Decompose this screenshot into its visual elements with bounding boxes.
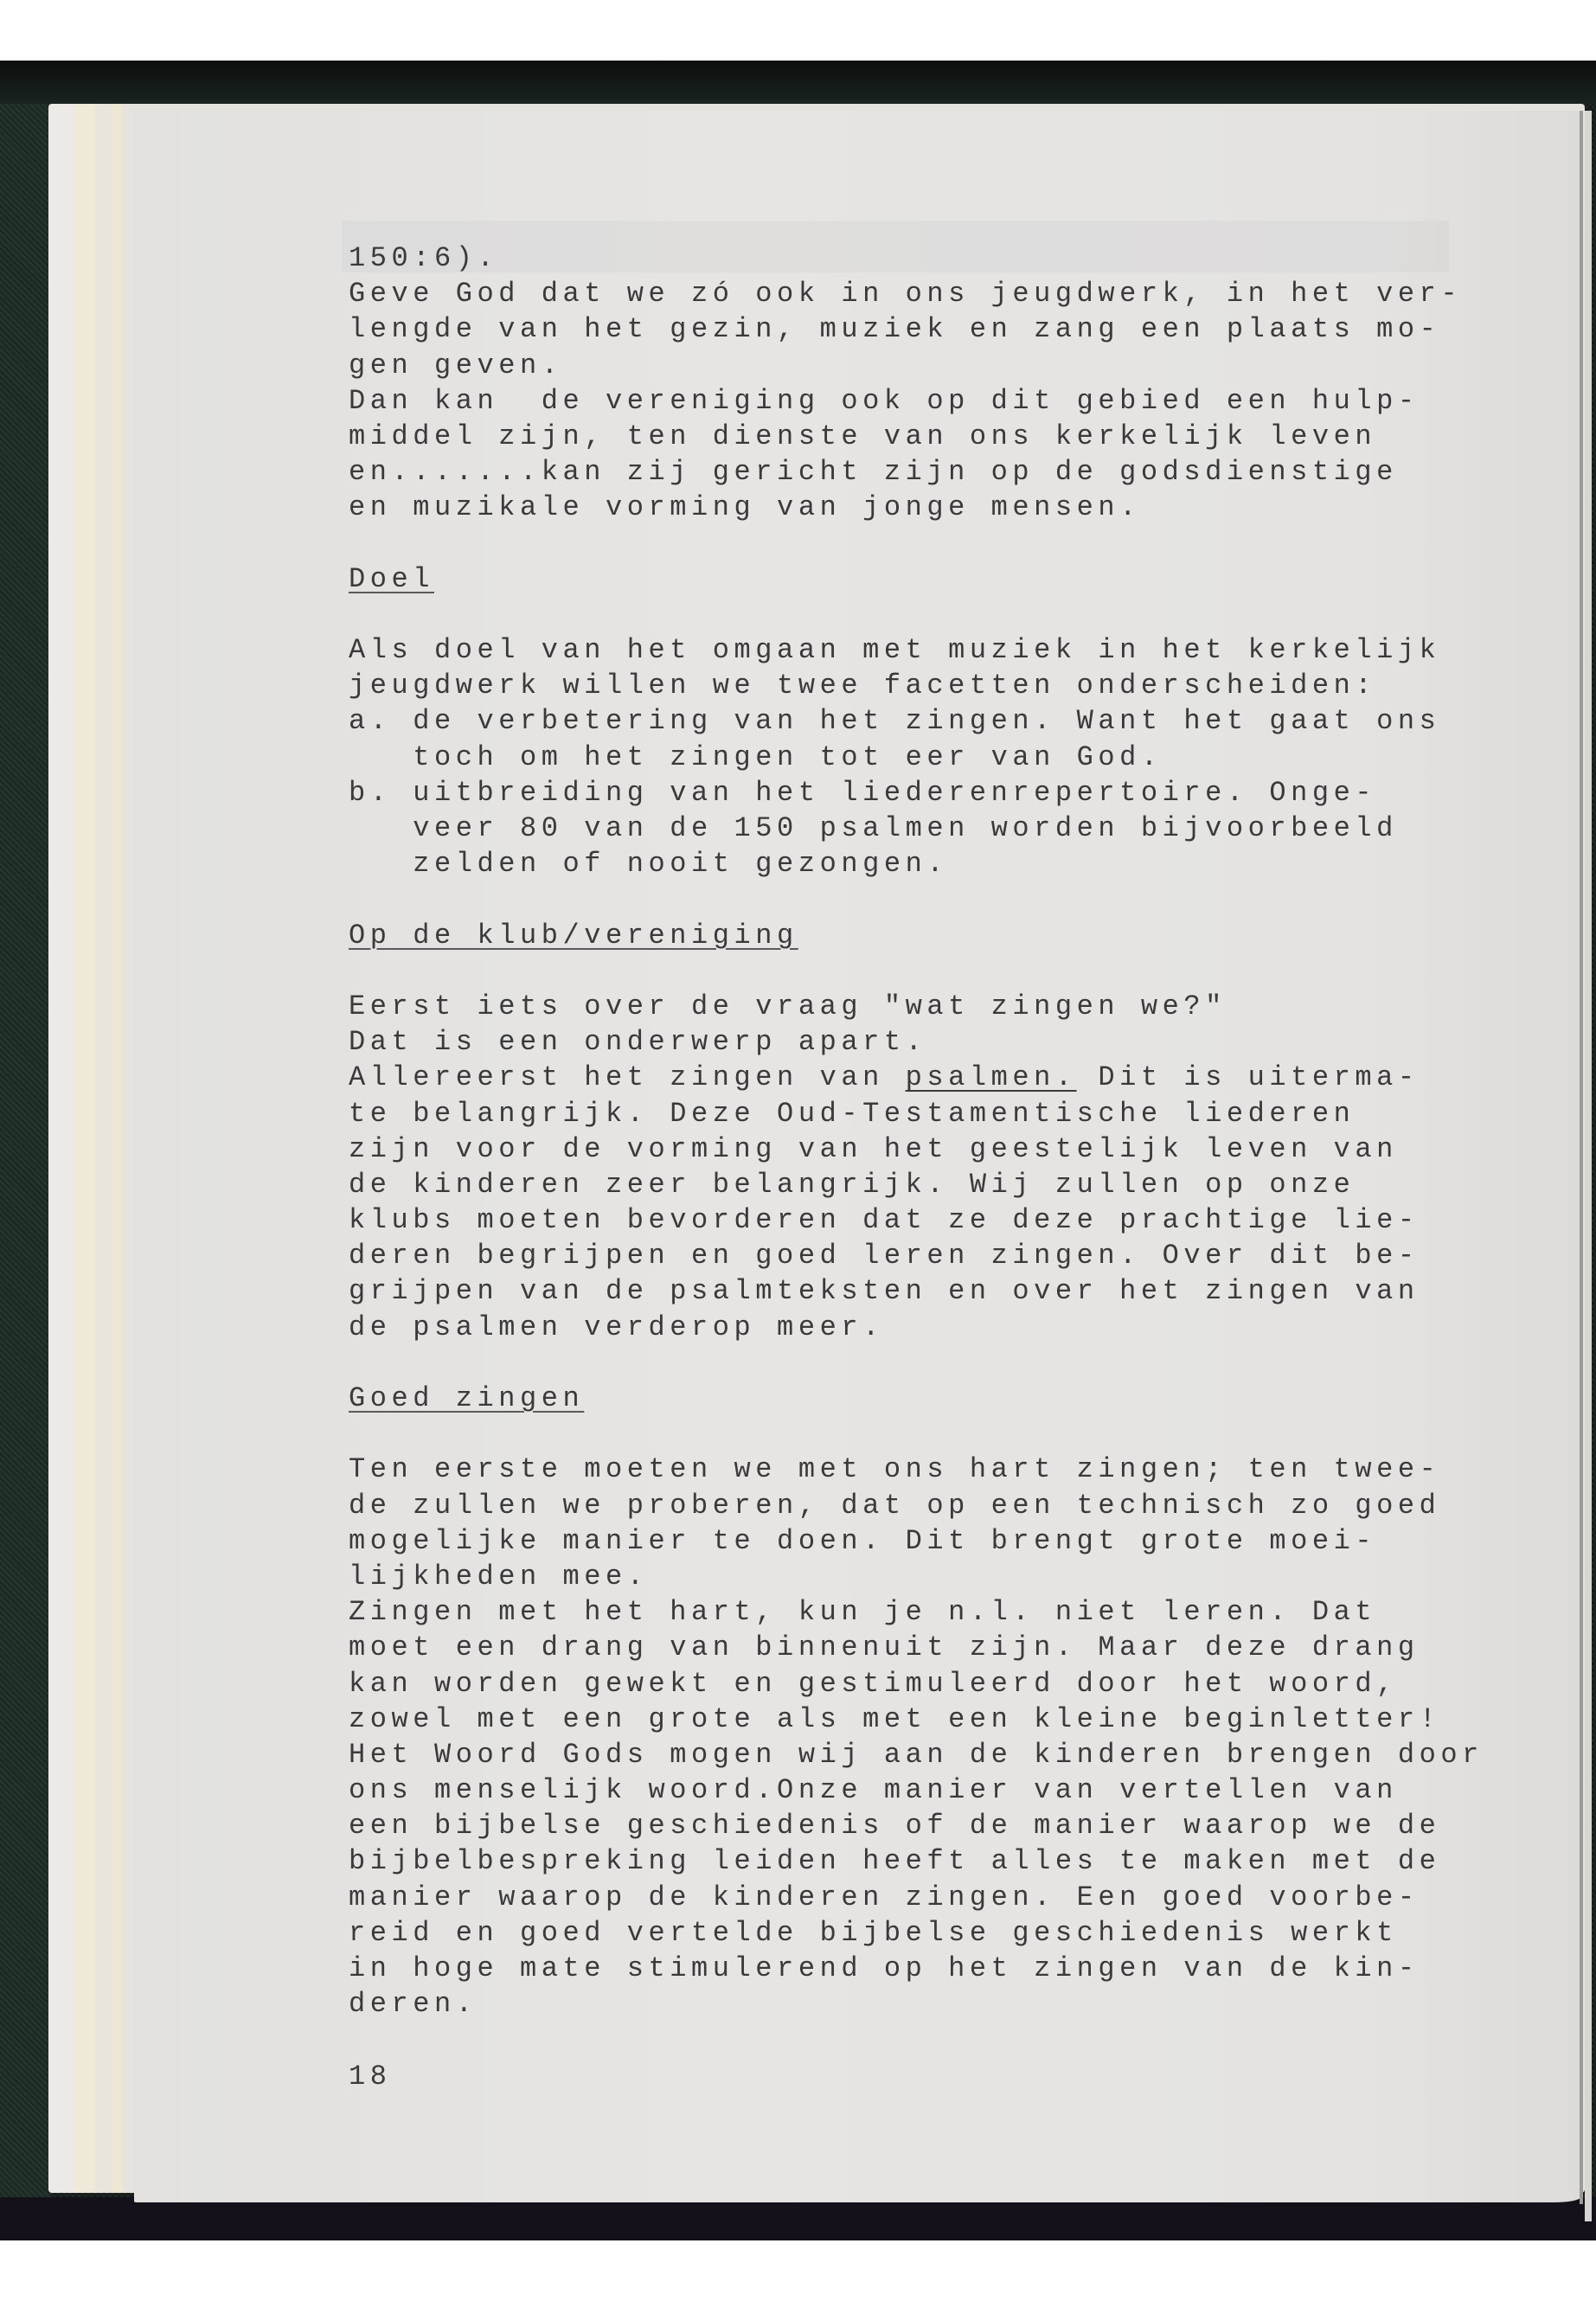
line-text: te belangrijk. Deze Oud-Testamentische l… — [349, 1098, 1355, 1130]
line-text: 150:6). — [349, 242, 498, 274]
section-heading: Goed zingen — [349, 1381, 1560, 1416]
line-text: ons menselijk woord.Onze manier van vert… — [349, 1774, 1398, 1806]
line-text: zijn voor de vorming van het geestelijk … — [349, 1133, 1398, 1165]
book-cover-spine-edge — [0, 61, 52, 2240]
line-text: gen geven. — [349, 349, 563, 381]
text-line: ons menselijk woord.Onze manier van vert… — [349, 1772, 1560, 1808]
text-line: grijpen van de psalmteksten en over het … — [349, 1273, 1560, 1309]
text-line: 150:6). — [349, 240, 1560, 276]
text-line: de kinderen zeer belangrijk. Wij zullen … — [349, 1167, 1560, 1202]
page-number: 18 — [349, 2061, 392, 2093]
text-line: Ten eerste moeten we met ons hart zingen… — [349, 1452, 1560, 1487]
text-line: mogelijke manier te doen. Dit brengt gro… — [349, 1523, 1560, 1559]
text-line: in hoge mate stimulerend op het zingen v… — [349, 1951, 1560, 1986]
text-line: Geve God dat we zó ook in ons jeugdwerk,… — [349, 276, 1560, 311]
line-text: Zingen met het hart, kun je n.l. niet le… — [349, 1596, 1376, 1628]
text-line: b. uitbreiding van het liederenrepertoir… — [349, 775, 1560, 811]
line-text: veer 80 van de 150 psalmen worden bijvoo… — [349, 812, 1398, 844]
line-text: deren begrijpen en goed leren zingen. Ov… — [349, 1240, 1420, 1272]
text-line: moet een drang van binnenuit zijn. Maar … — [349, 1630, 1560, 1665]
text-line: klubs moeten bevorderen dat ze deze prac… — [349, 1202, 1560, 1238]
blank-line — [349, 953, 1560, 989]
text-line: en muzikale vorming van jonge mensen. — [349, 490, 1560, 525]
line-text: de psalmen verderop meer. — [349, 1311, 884, 1343]
text-line: te belangrijk. Deze Oud-Testamentische l… — [349, 1096, 1560, 1131]
line-text: manier waarop de kinderen zingen. Een go… — [349, 1881, 1420, 1913]
line-text: kan worden gewekt en gestimuleerd door h… — [349, 1668, 1398, 1700]
text-line: deren. — [349, 1986, 1560, 2022]
section-heading-text: Op de klub/vereniging — [349, 920, 798, 952]
blank-line — [349, 526, 1560, 561]
section-heading-text: Goed zingen — [349, 1382, 584, 1414]
text-line: Het Woord Gods mogen wij aan de kinderen… — [349, 1737, 1560, 1772]
text-line: lengde van het gezin, muziek en zang een… — [349, 311, 1560, 347]
blank-line — [349, 597, 1560, 632]
blank-line — [349, 1416, 1560, 1452]
line-text: de zullen we proberen, dat op een techni… — [349, 1490, 1440, 1522]
line-text: Eerst iets over de vraag "wat zingen we?… — [349, 990, 1227, 1022]
text-line: een bijbelse geschiedenis of de manier w… — [349, 1808, 1560, 1843]
line-text: Dat is een onderwerp apart. — [349, 1026, 926, 1058]
text-line: gen geven. — [349, 348, 1560, 383]
text-line: a. de verbetering van het zingen. Want h… — [349, 703, 1560, 739]
section-heading-text: Doel — [349, 563, 434, 595]
text-line: middel zijn, ten dienste van ons kerkeli… — [349, 419, 1560, 454]
line-text: in hoge mate stimulerend op het zingen v… — [349, 1952, 1420, 1984]
line-text: bijbelbespreking leiden heeft alles te m… — [349, 1845, 1440, 1877]
text-line: bijbelbespreking leiden heeft alles te m… — [349, 1843, 1560, 1879]
line-text: mogelijke manier te doen. Dit brengt gro… — [349, 1525, 1376, 1557]
line-text: middel zijn, ten dienste van ons kerkeli… — [349, 420, 1376, 452]
line-text: toch om het zingen tot eer van God. — [349, 741, 1163, 773]
line-text: en.......kan zij gericht zijn op de gods… — [349, 456, 1398, 488]
line-text: Allereerst het zingen van — [349, 1061, 906, 1093]
text-line: reid en goed vertelde bijbelse geschiede… — [349, 1915, 1560, 1951]
book-cover-bottom-edge — [0, 2197, 1596, 2240]
line-text: grijpen van de psalmteksten en over het … — [349, 1275, 1420, 1307]
line-text: klubs moeten bevorderen dat ze deze prac… — [349, 1204, 1420, 1236]
text-line: de zullen we proberen, dat op een techni… — [349, 1488, 1560, 1523]
text-line: deren begrijpen en goed leren zingen. Ov… — [349, 1238, 1560, 1273]
blank-line — [349, 881, 1560, 917]
text-line: Zingen met het hart, kun je n.l. niet le… — [349, 1594, 1560, 1630]
text-line: Allereerst het zingen van psalmen. Dit i… — [349, 1060, 1560, 1095]
blank-line — [349, 1345, 1560, 1381]
line-text: Geve God dat we zó ook in ons jeugdwerk,… — [349, 278, 1462, 310]
line-text: lengde van het gezin, muziek en zang een… — [349, 313, 1440, 345]
line-text: Het Woord Gods mogen wij aan de kinderen… — [349, 1739, 1484, 1771]
text-line: lijkheden mee. — [349, 1559, 1560, 1594]
line-text: zowel met een grote als met een kleine b… — [349, 1703, 1440, 1735]
text-line: zowel met een grote als met een kleine b… — [349, 1702, 1560, 1737]
line-text-continuation: Dit is uiterma- — [1077, 1061, 1420, 1093]
text-line: jeugdwerk willen we twee facetten onders… — [349, 668, 1560, 703]
text-line: Eerst iets over de vraag "wat zingen we?… — [349, 989, 1560, 1024]
section-heading: Op de klub/vereniging — [349, 918, 1560, 953]
line-text: Dan kan de vereniging ook op dit gebied … — [349, 385, 1420, 417]
line-text: een bijbelse geschiedenis of de manier w… — [349, 1810, 1440, 1842]
text-line: toch om het zingen tot eer van God. — [349, 740, 1560, 775]
page-fore-edge — [1580, 111, 1583, 2204]
line-text: en muzikale vorming van jonge mensen. — [349, 491, 1141, 523]
text-line: Dan kan de vereniging ook op dit gebied … — [349, 383, 1560, 419]
text-line: en.......kan zij gericht zijn op de gods… — [349, 454, 1560, 490]
text-line: veer 80 van de 150 psalmen worden bijvoo… — [349, 811, 1560, 846]
line-text: a. de verbetering van het zingen. Want h… — [349, 705, 1440, 737]
text-line: zijn voor de vorming van het geestelijk … — [349, 1131, 1560, 1167]
line-text: deren. — [349, 1988, 478, 2020]
text-line: Als doel van het omgaan met muziek in he… — [349, 632, 1560, 668]
underlined-word: psalmen. — [906, 1061, 1077, 1093]
text-line: Dat is een onderwerp apart. — [349, 1024, 1560, 1060]
page-fore-edge-underlying — [1585, 111, 1592, 2221]
text-line: manier waarop de kinderen zingen. Een go… — [349, 1880, 1560, 1915]
text-line: zelden of nooit gezongen. — [349, 846, 1560, 881]
line-text: moet een drang van binnenuit zijn. Maar … — [349, 1631, 1420, 1663]
line-text: zelden of nooit gezongen. — [349, 848, 948, 880]
line-text: Ten eerste moeten we met ons hart zingen… — [349, 1453, 1440, 1485]
line-text: jeugdwerk willen we twee facetten onders… — [349, 670, 1376, 702]
line-text: de kinderen zeer belangrijk. Wij zullen … — [349, 1169, 1355, 1201]
line-text: reid en goed vertelde bijbelse geschiede… — [349, 1917, 1398, 1949]
section-heading: Doel — [349, 561, 1560, 597]
line-text: lijkheden mee. — [349, 1561, 649, 1593]
line-text: b. uitbreiding van het liederenrepertoir… — [349, 777, 1376, 809]
text-line: de psalmen verderop meer. — [349, 1310, 1560, 1345]
book-cover-top-edge — [0, 61, 1596, 104]
line-text: Als doel van het omgaan met muziek in he… — [349, 634, 1440, 666]
text-line: kan worden gewekt en gestimuleerd door h… — [349, 1666, 1560, 1702]
page-body-text: 150:6).Geve God dat we zó ook in ons jeu… — [349, 240, 1560, 2022]
